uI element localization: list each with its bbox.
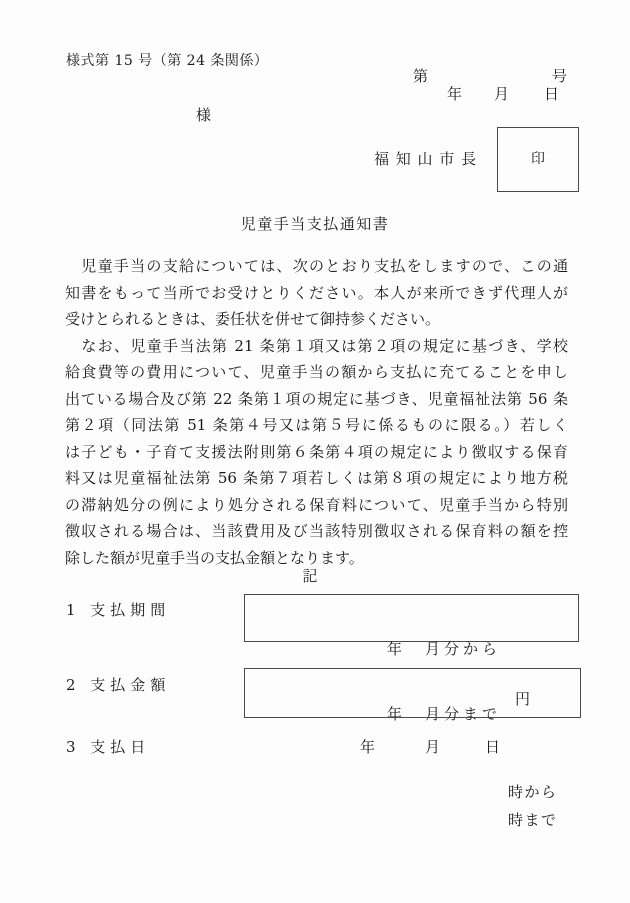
body-text-line: 受けとられるときは、委任状を併せて御持参ください。 (65, 306, 568, 333)
body-text-line: 料又は児童福祉法第 56 条第７項若しくは第８項の規定により地方税 (65, 465, 568, 492)
issuer-title: 福 知 山 市 長 (374, 149, 477, 170)
body-text-line: は子ども・子育て支援法附則第６条第４項の規定により徴収する保育 (65, 439, 568, 466)
time-to-label: 時まで (508, 810, 558, 831)
payment-date-day-label: 日 (485, 737, 500, 758)
official-seal-box: 印 (497, 127, 579, 192)
document-number-prefix: 第 (413, 66, 428, 87)
body-text-line: 徴収される場合は、当該費用及び当該特別徴収される保育料の額を控 (65, 518, 568, 545)
document-page: 様式第 15 号（第 24 条関係） 第 号 年 月 日 様 福 知 山 市 長… (0, 0, 630, 903)
body-text: 児童手当の支給については、次のとおり支払をしますので、この通知書をもって当所でお… (65, 253, 568, 571)
body-text-line: の滞納処分の例により処分される保育料について、児童手当から特別 (65, 492, 568, 519)
payment-period-label: 1 支払期間 (66, 600, 170, 621)
body-text-line: なお、児童手当法第 21 条第１項又は第２項の規定に基づき、学校 (65, 333, 568, 360)
payment-date-label: 3 支払日 (66, 737, 150, 758)
body-paragraph-2: なお、児童手当法第 21 条第１項又は第２項の規定に基づき、学校給食費等の費用に… (65, 333, 568, 572)
body-text-line: 第２項（同法第 51 条第４号又は第５号に係るものに限る。）若しく (65, 412, 568, 439)
yen-unit-label: 円 (515, 689, 530, 710)
payment-period-box: 年 月分から 年 月分まで (244, 594, 579, 642)
addressee-honorific: 様 (196, 105, 211, 126)
seal-placeholder: 印 (531, 150, 545, 170)
body-text-line: 出ている場合及び第 22 条第１項の規定に基づき、児童福祉法第 56 条 (65, 386, 568, 413)
payment-date-year-label: 年 (360, 737, 375, 758)
form-style-number: 様式第 15 号（第 24 条関係） (66, 52, 268, 72)
issue-date-year-label: 年 (447, 84, 462, 105)
time-from-label: 時から (508, 782, 558, 803)
body-text-line: 知書をもって当所でお受けとりください。本人が来所できず代理人が (65, 280, 568, 307)
payment-period-from: 年 月分から (245, 638, 578, 661)
body-text-line: 給食費等の費用について、児童手当の額から支払に充てることを申し (65, 359, 568, 386)
body-paragraph-1: 児童手当の支給については、次のとおり支払をしますので、この通知書をもって当所でお… (65, 253, 568, 333)
body-text-line: 児童手当の支給については、次のとおり支払をしますので、この通 (65, 253, 568, 280)
payment-amount-box: 円 (244, 668, 581, 718)
ki-separator: 記 (65, 566, 555, 587)
issue-date-day-label: 日 (544, 84, 559, 105)
payment-amount-label: 2 支払金額 (66, 675, 170, 696)
issue-date-month-label: 月 (494, 84, 509, 105)
payment-date-month-label: 月 (425, 737, 440, 758)
document-title: 児童手当支払通知書 (0, 214, 630, 235)
